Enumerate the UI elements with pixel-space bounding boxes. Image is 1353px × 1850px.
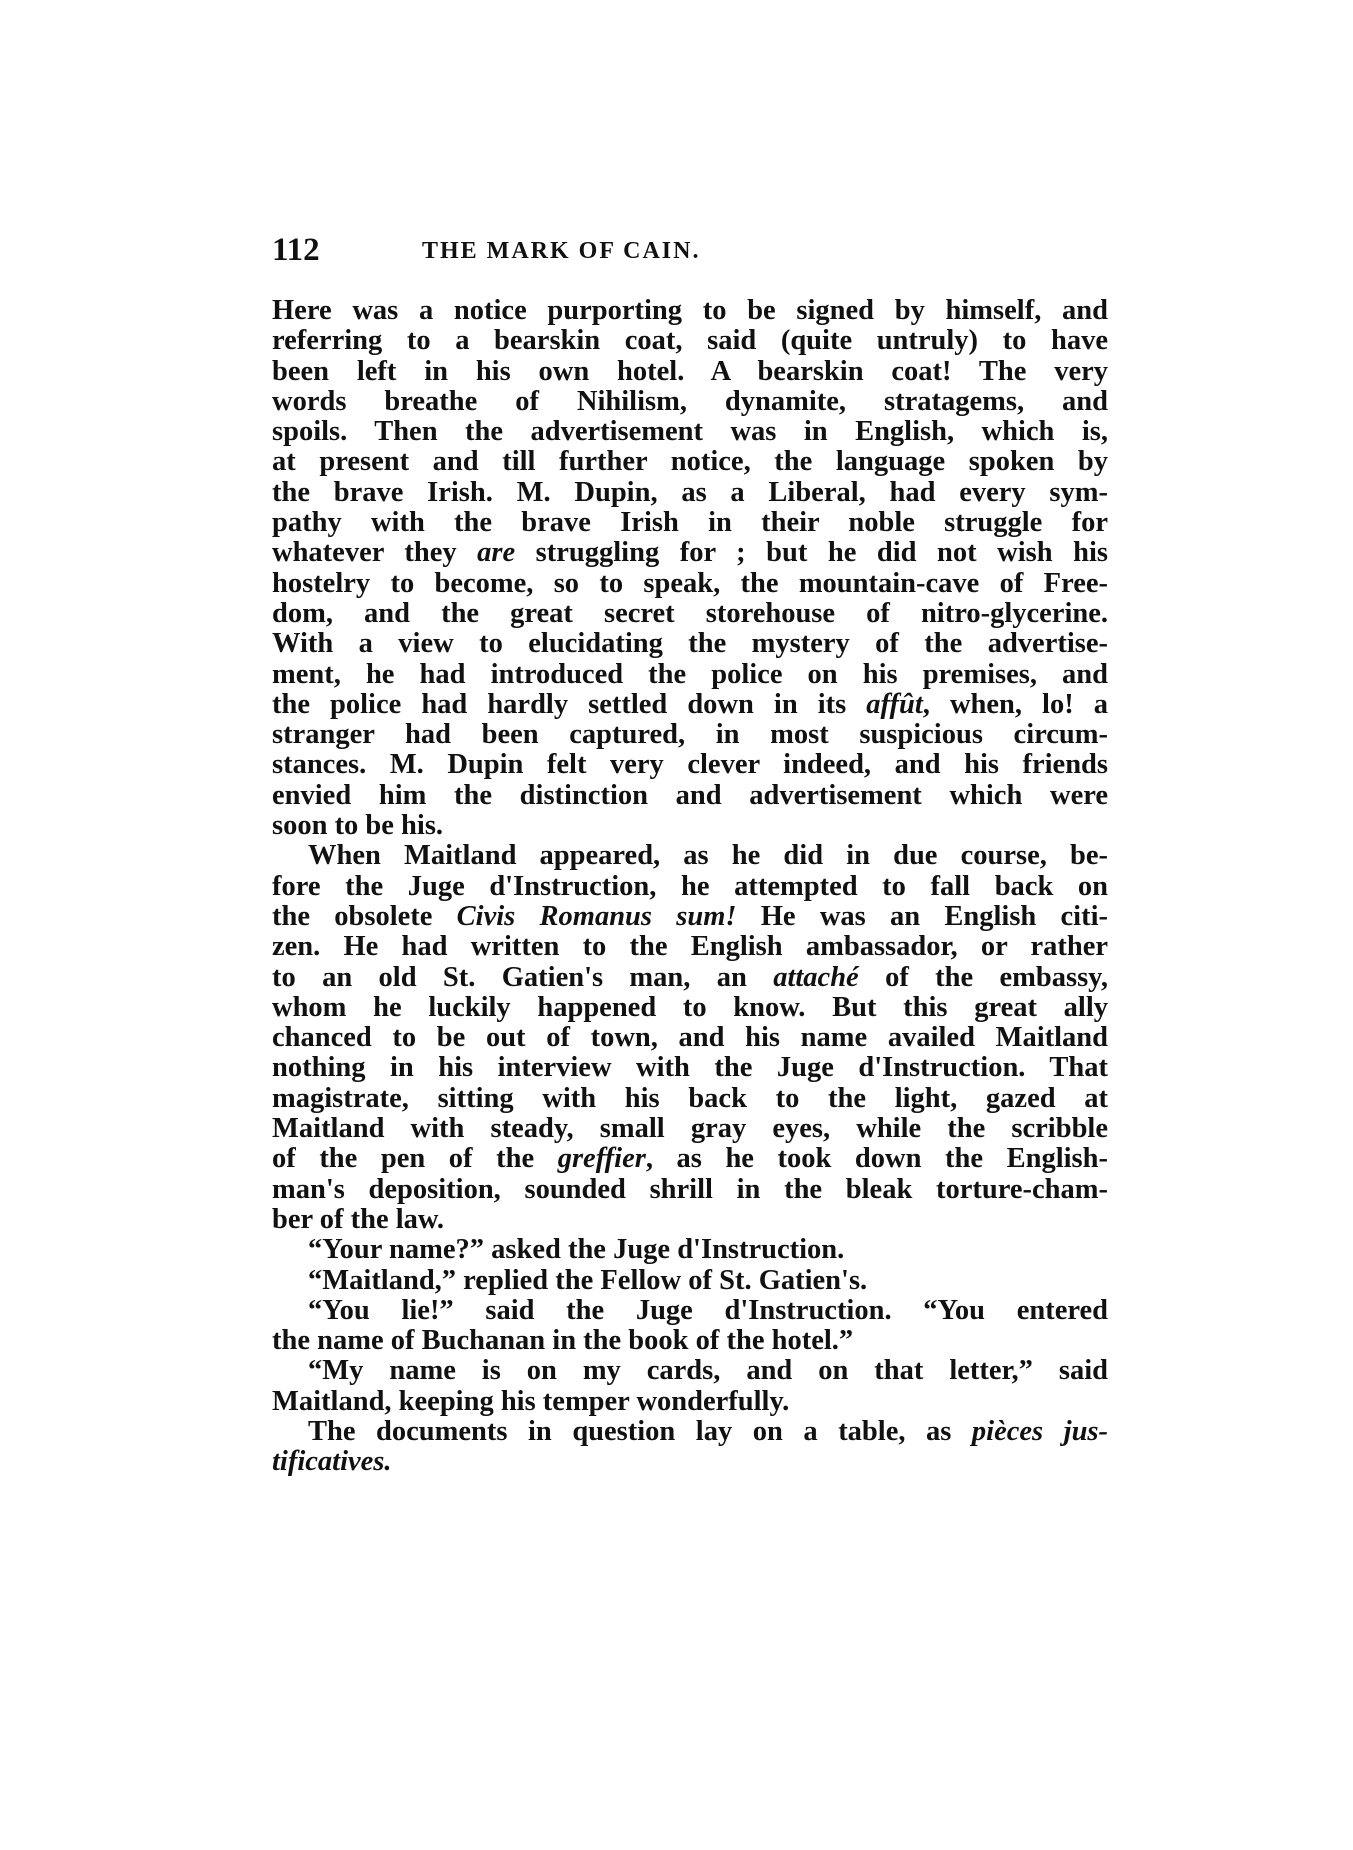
italic-phrase: affût (866, 689, 923, 720)
italic-phrase: pièces jus- (972, 1416, 1108, 1447)
text-line: fore the Juge d'Instruction, he attempte… (272, 872, 1108, 902)
text-segment: whatever they (272, 537, 477, 568)
text-line: been left in his own hotel. A bearskin c… (272, 357, 1108, 387)
text-line: stranger had been captured, in most susp… (272, 720, 1108, 750)
text-line: the police had hardly settled down in it… (272, 690, 1108, 720)
text-line: whom he luckily happened to know. But th… (272, 993, 1108, 1023)
text-line: whatever they are struggling for ; but h… (272, 538, 1108, 568)
italic-phrase: greffier (558, 1143, 646, 1174)
book-page: 112 THE MARK OF CAIN. Here was a notice … (0, 0, 1353, 1850)
text-line: spoils. Then the advertisement was in En… (272, 417, 1108, 447)
text-line: the brave Irish. M. Dupin, as a Liberal,… (272, 478, 1108, 508)
text-line: “My name is on my cards, and on that let… (272, 1356, 1108, 1386)
italic-phrase: attaché (773, 962, 859, 993)
text-line: words breathe of Nihilism, dynamite, str… (272, 387, 1108, 417)
text-line: nothing in his interview with the Juge d… (272, 1053, 1108, 1083)
body-text: Here was a notice purporting to be signe… (272, 296, 1108, 1478)
text-line: of the pen of the greffier, as he took d… (272, 1144, 1108, 1174)
italic-phrase: are (477, 537, 515, 568)
text-line: “Your name?” asked the Juge d'Instructio… (272, 1235, 1108, 1265)
text-line: hostelry to become, so to speak, the mou… (272, 569, 1108, 599)
text-line: dom, and the great secret storehouse of … (272, 599, 1108, 629)
text-segment: the obsolete (272, 901, 457, 932)
text-segment: the police had hardly settled down in it… (272, 689, 866, 720)
text-line: ber of the law. (272, 1205, 1108, 1235)
text-line: pathy with the brave Irish in their nobl… (272, 508, 1108, 538)
text-line: “You lie!” said the Juge d'Instruction. … (272, 1296, 1108, 1326)
text-line: referring to a bearskin coat, said (quit… (272, 326, 1108, 356)
text-segment: The documents in question lay on a table… (308, 1416, 972, 1447)
text-line: envied him the distinction and advertise… (272, 781, 1108, 811)
text-line: Maitland with steady, small gray eyes, w… (272, 1114, 1108, 1144)
text-line: tificatives. (272, 1447, 1108, 1477)
text-line: Maitland, keeping his temper wonderfully… (272, 1387, 1108, 1417)
text-segment: of the embassy, (859, 962, 1108, 993)
text-line: soon to be his. (272, 811, 1108, 841)
text-line: the obsolete Civis Romanus sum! He was a… (272, 902, 1108, 932)
text-segment: , as he took down the English- (646, 1143, 1108, 1174)
text-line: zen. He had written to the English ambas… (272, 932, 1108, 962)
text-segment: to an old St. Gatien's man, an (272, 962, 773, 993)
text-segment: , when, lo! a (923, 689, 1108, 720)
page-number: 112 (272, 232, 320, 269)
text-line: stances. M. Dupin felt very clever indee… (272, 750, 1108, 780)
text-line: the name of Buchanan in the book of the … (272, 1326, 1108, 1356)
text-segment: He was an English citi- (736, 901, 1108, 932)
text-line: “Maitland,” replied the Fellow of St. Ga… (272, 1266, 1108, 1296)
text-line: magistrate, sitting with his back to the… (272, 1084, 1108, 1114)
text-line: The documents in question lay on a table… (272, 1417, 1108, 1447)
text-segment: of the pen of the (272, 1143, 558, 1174)
text-line: at present and till further notice, the … (272, 447, 1108, 477)
italic-phrase: tificatives. (272, 1446, 392, 1477)
italic-phrase: Civis Romanus sum! (457, 901, 737, 932)
text-line: to an old St. Gatien's man, an attaché o… (272, 963, 1108, 993)
text-segment: struggling for ; but he did not wish his (515, 537, 1108, 568)
text-line: With a view to elucidating the mystery o… (272, 629, 1108, 659)
text-line: chanced to be out of town, and his name … (272, 1023, 1108, 1053)
page-header: 112 THE MARK OF CAIN. (272, 232, 1108, 272)
text-line: ment, he had introduced the police on hi… (272, 660, 1108, 690)
text-line: When Maitland appeared, as he did in due… (272, 841, 1108, 871)
text-line: Here was a notice purporting to be signe… (272, 296, 1108, 326)
text-line: man's deposition, sounded shrill in the … (272, 1175, 1108, 1205)
running-title: THE MARK OF CAIN. (422, 238, 700, 265)
